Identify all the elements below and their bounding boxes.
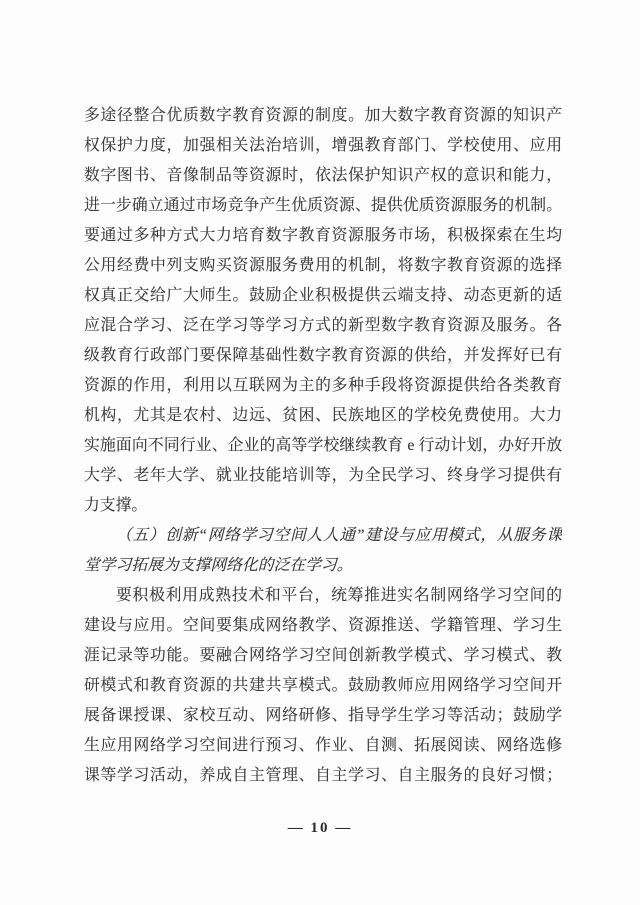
document-line: 课等学习活动，养成自主管理、自主学习、自主服务的良好习惯； [84, 761, 562, 791]
document-line: 多途径整合优质数字教育资源的制度。加大数字教育资源的知识产 [84, 101, 562, 131]
document-line: 机构，尤其是农村、边远、贫困、民族地区的学校免费使用。大力 [84, 401, 562, 431]
document-line: 实施面向不同行业、企业的高等学校继续教育 e 行动计划，办好开放 [84, 431, 562, 461]
document-page: 多途径整合优质数字教育资源的制度。加大数字教育资源的知识产 权保护力度，加强相关… [0, 0, 640, 905]
document-line: 涯记录等功能。要融合网络学习空间创新教学模式、学习模式、教 [84, 641, 562, 671]
document-line: 资源的作用，利用以互联网为主的多种手段将资源提供给各类教育 [84, 371, 562, 401]
document-line: 大学、老年大学、就业技能培训等，为全民学习、终身学习提供有 [84, 461, 562, 491]
document-line: 权真正交给广大师生。鼓励企业积极提供云端支持、动态更新的适 [84, 281, 562, 311]
section-heading-line: （五）创新“网络学习空间人人通”建设与应用模式，从服务课 [84, 521, 562, 551]
section-heading-line: 堂学习拓展为支撑网络化的泛在学习。 [84, 551, 562, 581]
document-line: 应混合学习、泛在学习等学习方式的新型数字教育资源及服务。各 [84, 311, 562, 341]
document-line: 权保护力度，加强相关法治培训，增强教育部门、学校使用、应用 [84, 131, 562, 161]
document-line: 建设与应用。空间要集成网络教学、资源推送、学籍管理、学习生 [84, 611, 562, 641]
document-line: 公用经费中列支购买资源服务费用的机制，将数字教育资源的选择 [84, 251, 562, 281]
document-line: 进一步确立通过市场竞争产生优质资源、提供优质资源服务的机制。 [84, 191, 562, 221]
document-line: 展备课授课、家校互动、网络研修、指导学生学习等活动；鼓励学 [84, 701, 562, 731]
paragraph-first-line: 要积极利用成熟技术和平台，统筹推进实名制网络学习空间的 [84, 581, 562, 611]
document-line: 级教育行政部门要保障基础性数字教育资源的供给，并发挥好已有 [84, 341, 562, 371]
document-line: 研模式和教育资源的共建共享模式。鼓励教师应用网络学习空间开 [84, 671, 562, 701]
document-line: 生应用网络学习空间进行预习、作业、自测、拓展阅读、网络选修 [84, 731, 562, 761]
document-line: 要通过多种方式大力培育数字教育资源服务市场，积极探索在生均 [84, 221, 562, 251]
paragraph-end-line: 力支撑。 [84, 491, 562, 521]
page-number: — 10 — [0, 816, 640, 840]
document-line: 数字图书、音像制品等资源时，依法保护知识产权的意识和能力， [84, 161, 562, 191]
document-body: 多途径整合优质数字教育资源的制度。加大数字教育资源的知识产 权保护力度，加强相关… [84, 101, 562, 791]
